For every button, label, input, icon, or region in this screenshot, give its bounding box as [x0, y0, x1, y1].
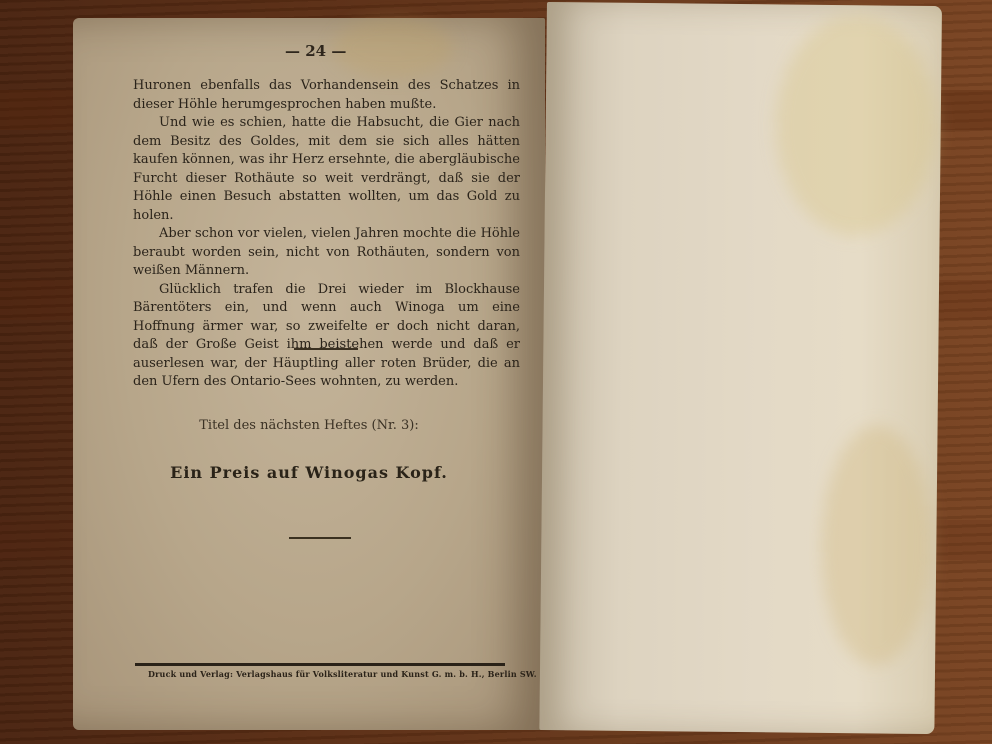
section-divider — [289, 537, 351, 539]
next-issue-block: Titel des nächsten Heftes (Nr. 3): Ein P… — [73, 0, 545, 744]
next-issue-title: Ein Preis auf Winogas Kopf. — [73, 463, 545, 482]
next-issue-label: Titel des nächsten Heftes (Nr. 3): — [73, 418, 545, 433]
water-stain — [820, 425, 933, 666]
imprint: Druck und Verlag: Verlagshaus für Volksl… — [148, 669, 508, 679]
right-page — [539, 2, 942, 734]
imprint-rule — [135, 663, 505, 666]
water-stain — [775, 14, 937, 236]
